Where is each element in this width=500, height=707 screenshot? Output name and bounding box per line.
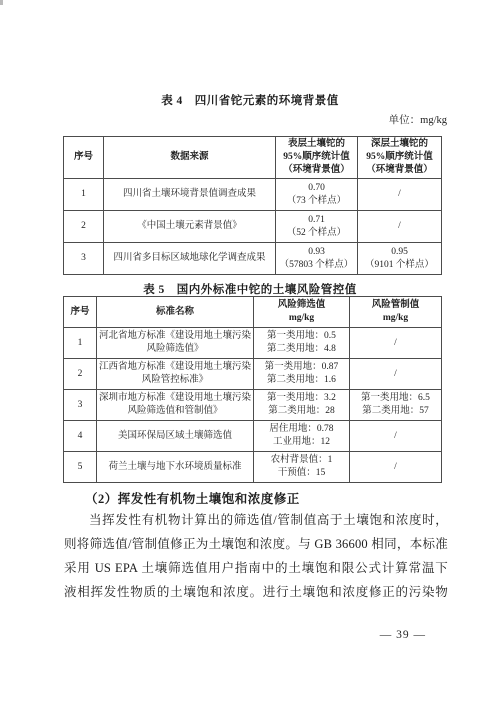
page-number: — 39 — [380, 629, 426, 641]
table5-header-control: 风险管制值 mg/kg [350, 297, 442, 328]
cell-control-value: 第一类用地：6.5 第二类用地：57 [350, 390, 442, 421]
table5-header-row: 序号 标准名称 风险筛选值 mg/kg 风险管制值 mg/kg [64, 297, 442, 328]
table5-header-screening: 风险筛选值 mg/kg [254, 297, 350, 328]
cell-no: 3 [64, 390, 97, 421]
cell-deep-value: / [358, 179, 442, 211]
paragraph-line: 液相挥发性物质的土壤饱和浓度。进行土壤饱和浓度修正的污染物 [64, 580, 448, 604]
cell-source: 四川省多目标区域地球化学调查成果 [104, 243, 276, 275]
cell-screening-value: 农村背景值：1 干预值：15 [254, 452, 350, 483]
cell-deep-value: 0.95 （9101 个样点） [358, 243, 442, 275]
table5-header-no: 序号 [64, 297, 97, 328]
cell-control-value: / [350, 452, 442, 483]
table-row: 4 美国环保局区域土壤筛选值 居住用地：0.78 工业用地：12 / [64, 421, 442, 452]
table4-header-source: 数据来源 [104, 137, 276, 179]
cell-no: 1 [64, 328, 97, 359]
cell-surface-value: 0.71 （52 个样点） [276, 211, 358, 243]
document-page: 表 4 四川省铊元素的环境背景值 单位：mg/kg 序号 数据来源 表层土壤铊的… [0, 0, 500, 707]
table4-header-row: 序号 数据来源 表层土壤铊的 95%顺序统计值 （环境背景值） 深层土壤铊的 9… [64, 137, 442, 179]
cell-source: 《中国土壤元素背景值》 [104, 211, 276, 243]
table-risk-control-values: 序号 标准名称 风险筛选值 mg/kg 风险管制值 mg/kg 1 河北省地方标… [63, 296, 442, 483]
cell-no: 3 [64, 243, 104, 275]
paragraph-line: 采用 US EPA 土壤筛选值用户指南中的土壤饱和限公式计算常温下 [64, 556, 448, 580]
table-row: 1 四川省土壤环境背景值调查成果 0.70 （73 个样点） / [64, 179, 442, 211]
cell-deep-value: / [358, 211, 442, 243]
unit-label: 单位：mg/kg [389, 112, 447, 127]
cell-standard-name: 美国环保局区域土壤筛选值 [97, 421, 254, 452]
table4-header-no: 序号 [64, 137, 104, 179]
cell-control-value: / [350, 421, 442, 452]
table-background-values: 序号 数据来源 表层土壤铊的 95%顺序统计值 （环境背景值） 深层土壤铊的 9… [63, 136, 442, 275]
cell-no: 4 [64, 421, 97, 452]
section-heading: （2）挥发性有机物土壤饱和浓度修正 [64, 489, 448, 507]
scan-edge-artifact [0, 0, 3, 5]
cell-no: 5 [64, 452, 97, 483]
cell-screening-value: 第一类用地：3.2 第二类用地：28 [254, 390, 350, 421]
table-row: 2 《中国土壤元素背景值》 0.71 （52 个样点） / [64, 211, 442, 243]
paragraph-line: 则将筛选值/管制值修正为土壤饱和浓度。与 GB 36600 相同，本标准 [64, 532, 448, 556]
table-row: 3 四川省多目标区域地球化学调查成果 0.93 （57803 个样点） 0.95… [64, 243, 442, 275]
cell-screening-value: 第一类用地：0.5 第二类用地：4.8 [254, 328, 350, 359]
table5-title: 表 5 国内外标准中铊的土壤风险管控值 [0, 281, 500, 297]
table4-header-surface: 表层土壤铊的 95%顺序统计值 （环境背景值） [276, 137, 358, 179]
cell-surface-value: 0.70 （73 个样点） [276, 179, 358, 211]
cell-source: 四川省土壤环境背景值调查成果 [104, 179, 276, 211]
table-row: 5 荷兰土壤与地下水环境质量标准 农村背景值：1 干预值：15 / [64, 452, 442, 483]
cell-standard-name: 江西省地方标准《建设用地土壤污染风险管控标准》 [97, 359, 254, 390]
table-row: 2 江西省地方标准《建设用地土壤污染风险管控标准》 第一类用地：0.87 第二类… [64, 359, 442, 390]
paragraph-line: 当挥发性有机物计算出的筛选值/管制值高于土壤饱和浓度时， [64, 508, 448, 532]
table4-header-deep: 深层土壤铊的 95%顺序统计值 （环境背景值） [358, 137, 442, 179]
cell-no: 1 [64, 179, 104, 211]
cell-control-value: / [350, 359, 442, 390]
cell-no: 2 [64, 211, 104, 243]
cell-standard-name: 河北省地方标准《建设用地土壤污染风险筛选值》 [97, 328, 254, 359]
cell-screening-value: 居住用地：0.78 工业用地：12 [254, 421, 350, 452]
cell-screening-value: 第一类用地：0.87 第二类用地：1.6 [254, 359, 350, 390]
cell-no: 2 [64, 359, 97, 390]
table-row: 1 河北省地方标准《建设用地土壤污染风险筛选值》 第一类用地：0.5 第二类用地… [64, 328, 442, 359]
cell-standard-name: 荷兰土壤与地下水环境质量标准 [97, 452, 254, 483]
cell-control-value: / [350, 328, 442, 359]
cell-standard-name: 深圳市地方标准《建设用地土壤污染风险筛选值和管制值》 [97, 390, 254, 421]
body-paragraph: 当挥发性有机物计算出的筛选值/管制值高于土壤饱和浓度时， 则将筛选值/管制值修正… [64, 508, 448, 604]
cell-surface-value: 0.93 （57803 个样点） [276, 243, 358, 275]
table5-header-name: 标准名称 [97, 297, 254, 328]
table4-title: 表 4 四川省铊元素的环境背景值 [0, 92, 500, 108]
table-row: 3 深圳市地方标准《建设用地土壤污染风险筛选值和管制值》 第一类用地：3.2 第… [64, 390, 442, 421]
